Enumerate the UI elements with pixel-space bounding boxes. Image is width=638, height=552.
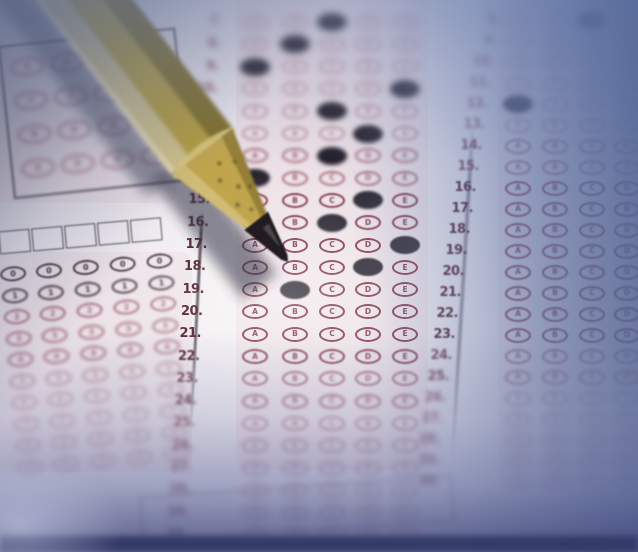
id-write-box-3 bbox=[97, 220, 130, 246]
answer-bubble-q28-A[interactable]: A bbox=[242, 483, 268, 498]
question-number-15: 15. bbox=[180, 192, 210, 207]
answer-bubble-q29-E[interactable]: E bbox=[392, 505, 418, 520]
id-grid-tint bbox=[0, 252, 192, 472]
question-number-18: 18. bbox=[440, 222, 470, 237]
lower-form-box bbox=[139, 475, 455, 543]
answer-sheet-photo: Close-up photograph of a red-and-white m… bbox=[0, 0, 638, 552]
question-number-16: 16. bbox=[179, 215, 209, 230]
answer-bubble-q28-E[interactable]: E bbox=[392, 483, 418, 498]
question-number-8: 8. bbox=[191, 36, 221, 51]
question-number-14: 14. bbox=[182, 170, 212, 185]
question-number-29: 29. bbox=[159, 505, 189, 520]
question-number-12: 12. bbox=[458, 96, 488, 111]
question-number-9: 9. bbox=[189, 59, 219, 74]
question-number-20: 20. bbox=[434, 264, 464, 279]
bottom-dark-band bbox=[0, 536, 638, 552]
answer-bubble-q29-D[interactable]: D bbox=[355, 505, 381, 520]
question-number-17: 17. bbox=[177, 237, 207, 252]
id-write-box-0 bbox=[0, 229, 31, 255]
question-number-11: 11. bbox=[186, 103, 216, 118]
answer-bubble-q29-A[interactable]: A bbox=[242, 505, 268, 520]
right-column-tint bbox=[498, 0, 638, 490]
answer-bubble-q28-D[interactable]: D bbox=[355, 483, 381, 498]
question-number-7: 7. bbox=[192, 14, 222, 29]
question-number-8: 8. bbox=[470, 12, 500, 27]
question-number-23: 23. bbox=[425, 327, 455, 342]
id-write-box-4 bbox=[130, 217, 163, 243]
id-write-box-1 bbox=[31, 226, 64, 252]
question-number-14: 14. bbox=[452, 138, 482, 153]
right-column-rule-line bbox=[451, 125, 474, 460]
question-number-10: 10. bbox=[188, 81, 218, 96]
question-number-12: 12. bbox=[185, 126, 215, 141]
question-number-16: 16. bbox=[446, 180, 476, 195]
question-number-30: 30. bbox=[410, 474, 440, 489]
center-column-tint bbox=[236, 0, 428, 470]
question-number-13: 13. bbox=[455, 117, 485, 132]
question-number-11: 11. bbox=[461, 75, 491, 90]
question-number-22: 22. bbox=[428, 306, 458, 321]
question-number-17: 17. bbox=[443, 201, 473, 216]
answer-bubble-q28-C[interactable]: C bbox=[319, 483, 345, 498]
answer-bubble-q29-C[interactable]: C bbox=[319, 505, 345, 520]
question-number-13: 13. bbox=[183, 148, 213, 163]
answer-bubble-q29-B[interactable]: B bbox=[282, 505, 308, 520]
question-number-28: 28. bbox=[161, 482, 191, 497]
question-number-15: 15. bbox=[449, 159, 479, 174]
question-number-19: 19. bbox=[437, 243, 467, 258]
question-number-21: 21. bbox=[431, 285, 461, 300]
question-number-9: 9. bbox=[467, 33, 497, 48]
answer-bubble-q28-B[interactable]: B bbox=[282, 483, 308, 498]
id-write-box-2 bbox=[64, 223, 97, 249]
corner-block-tint bbox=[0, 48, 176, 203]
question-number-10: 10. bbox=[464, 54, 494, 69]
